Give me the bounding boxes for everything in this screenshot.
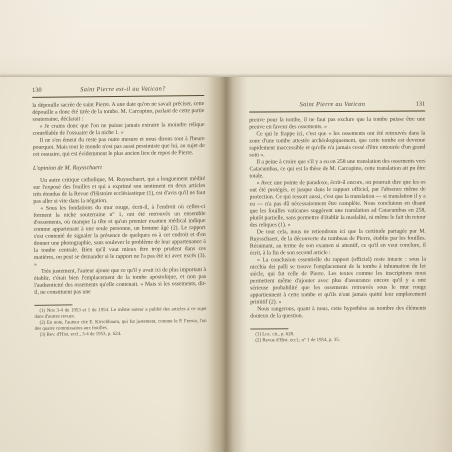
left-footnotes: (1) Nos 3-4 de 1953 et 1 de 1954. Le mêm… [34,303,206,338]
section-heading: L'opinion de M. Ruysschaert [33,164,205,173]
scanned-book-spread: 130 Saint Pierre est-il au Vatican? la d… [0,0,452,452]
right-page: Saint Pierre au Vatican 131 preuve pour … [226,77,452,452]
open-book: 130 Saint Pierre est-il au Vatican? la d… [0,76,452,452]
footnote-separator [34,304,72,305]
paragraph: Il a peine à croire que s'il y a eu en 2… [249,159,425,181]
right-page-number: 131 [416,101,425,109]
paragraph: la dépouille sacrée de saint Pierre. A u… [32,101,204,124]
footnote: (2) Revue d'Hist. eccl., n° 1 de 1954, p… [250,337,426,344]
left-running-title: Saint Pierre est-il au Vatican? [42,85,205,95]
paragraph: Très justement, l'auteur ajoute que ce q… [34,267,206,297]
scan-top-margin [0,0,452,76]
left-page-number: 130 [32,87,42,95]
paragraph: Nous rangerons, quant à nous, cette hypo… [250,306,426,321]
right-page-content: Saint Pierre au Vatican 131 preuve pour … [225,76,452,452]
right-running-title: Saint Pierre au Vatican [249,101,416,110]
paragraph: preuve pour la tombe, il ne faut pas exc… [249,117,425,132]
left-page-content: 130 Saint Pierre est-il au Vatican? la d… [0,76,228,452]
paragraph: Il ne s'en émeut du reste pas outre mesu… [33,136,205,159]
right-running-head: Saint Pierre au Vatican 131 [249,101,425,113]
right-footnotes: (1) Loc. cit., p. 628. (2) Revue d'Hist.… [250,328,426,345]
footnote: (3) Rev. d'Hist. eccl., 3-4 de 1953, p. … [35,331,207,339]
left-page-body: la dépouille sacrée de saint Pierre. A u… [32,101,206,297]
right-page-body: preuve pour la tombe, il ne faut pas exc… [249,117,426,321]
left-running-head: 130 Saint Pierre est-il au Vatican? [32,85,204,98]
quote-paragraph: « Avec une pointe de paradoxe, écrit-il … [250,180,426,230]
paragraph: De tout cela, nous ne retiendrons ici qu… [250,229,426,258]
paragraph: Ce qui le frappe ici, c'est que « les os… [249,131,425,160]
left-page: 130 Saint Pierre est-il au Vatican? la d… [0,77,226,452]
paragraph: Un autre critique catholique, M. Ruyssch… [33,176,205,206]
quote-paragraph: « Sous les fondations du mur rouge, écri… [33,204,206,269]
quote-paragraph: « La conclusion essentielle du rapport (… [250,257,426,307]
footnote-separator [250,328,288,329]
